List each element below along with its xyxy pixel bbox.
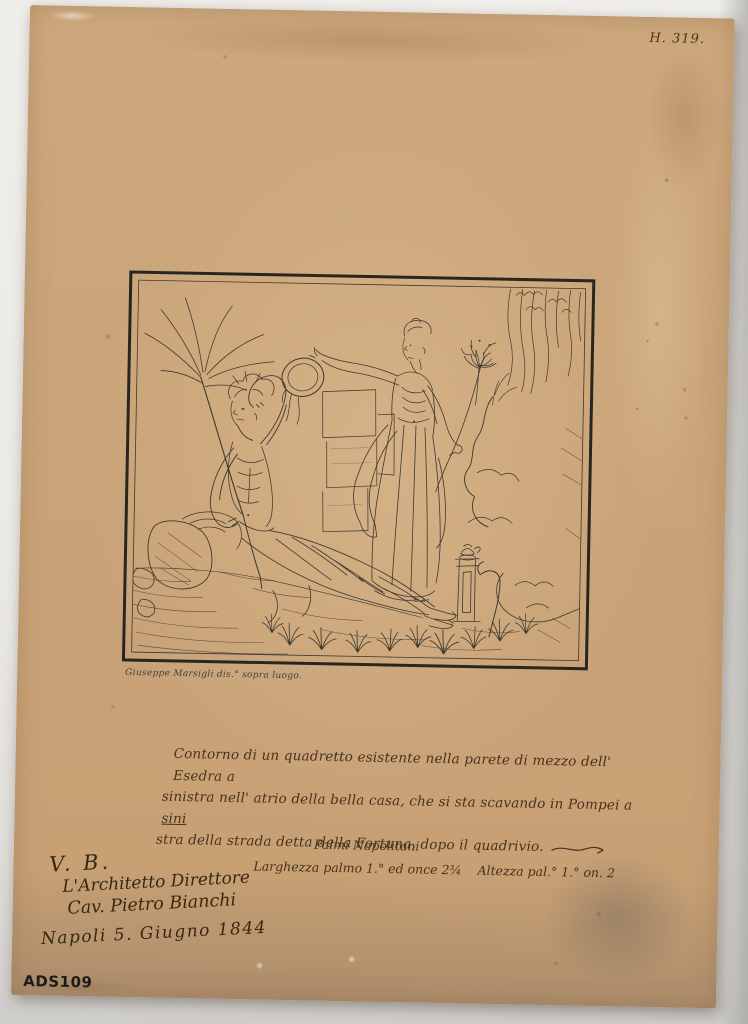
height-measurement: Altezza pal.° 1.° on. 2 [477,863,615,881]
leg-drapery [238,522,436,626]
caption-flourish [550,842,606,855]
flower-spray [460,348,493,405]
caption-hyphenated-word: sini [161,810,186,826]
reclining-male-figure [208,371,461,629]
lamp-urn [461,544,481,555]
outer-border [123,272,593,669]
extended-arm [309,347,400,385]
left-rock [132,510,242,618]
right-cliff [456,288,586,642]
palm-branch [140,297,276,588]
chiton-skirt [371,378,443,601]
female-hair [404,318,431,337]
male-hair [228,371,274,400]
lowered-arm [421,386,463,456]
curved-staff [477,562,501,637]
male-feet [378,577,457,629]
approval-block: V. B. L'Architetto Direttore Cav. Pietro… [37,842,268,949]
drawing-frame [121,270,595,671]
paper-sheet: H. 319. [11,5,735,1008]
artist-credit: Giuseppe Marsigli dis.° sopra luogo. [125,668,302,681]
scanned-document: H. 319. [0,0,748,1024]
scale-title: Palmi Napolitani [314,837,420,854]
inventory-number: H. 319. [649,31,705,47]
line-drawing [121,270,595,671]
male-torso [227,442,273,527]
raised-arm [248,375,287,445]
scale-detail: Larghezza palmo 1.° ed once 2¾Altezza pa… [253,858,615,880]
inner-border [132,280,586,661]
drapery-on-rock [182,511,242,549]
tambourine-ribbons [282,390,300,424]
width-measurement: Larghezza palmo 1.° ed once 2¾ [253,858,461,877]
approval-place-date: Napoli 5. Giugno 1844 [40,918,267,949]
archive-label: ADS109 [23,972,93,991]
